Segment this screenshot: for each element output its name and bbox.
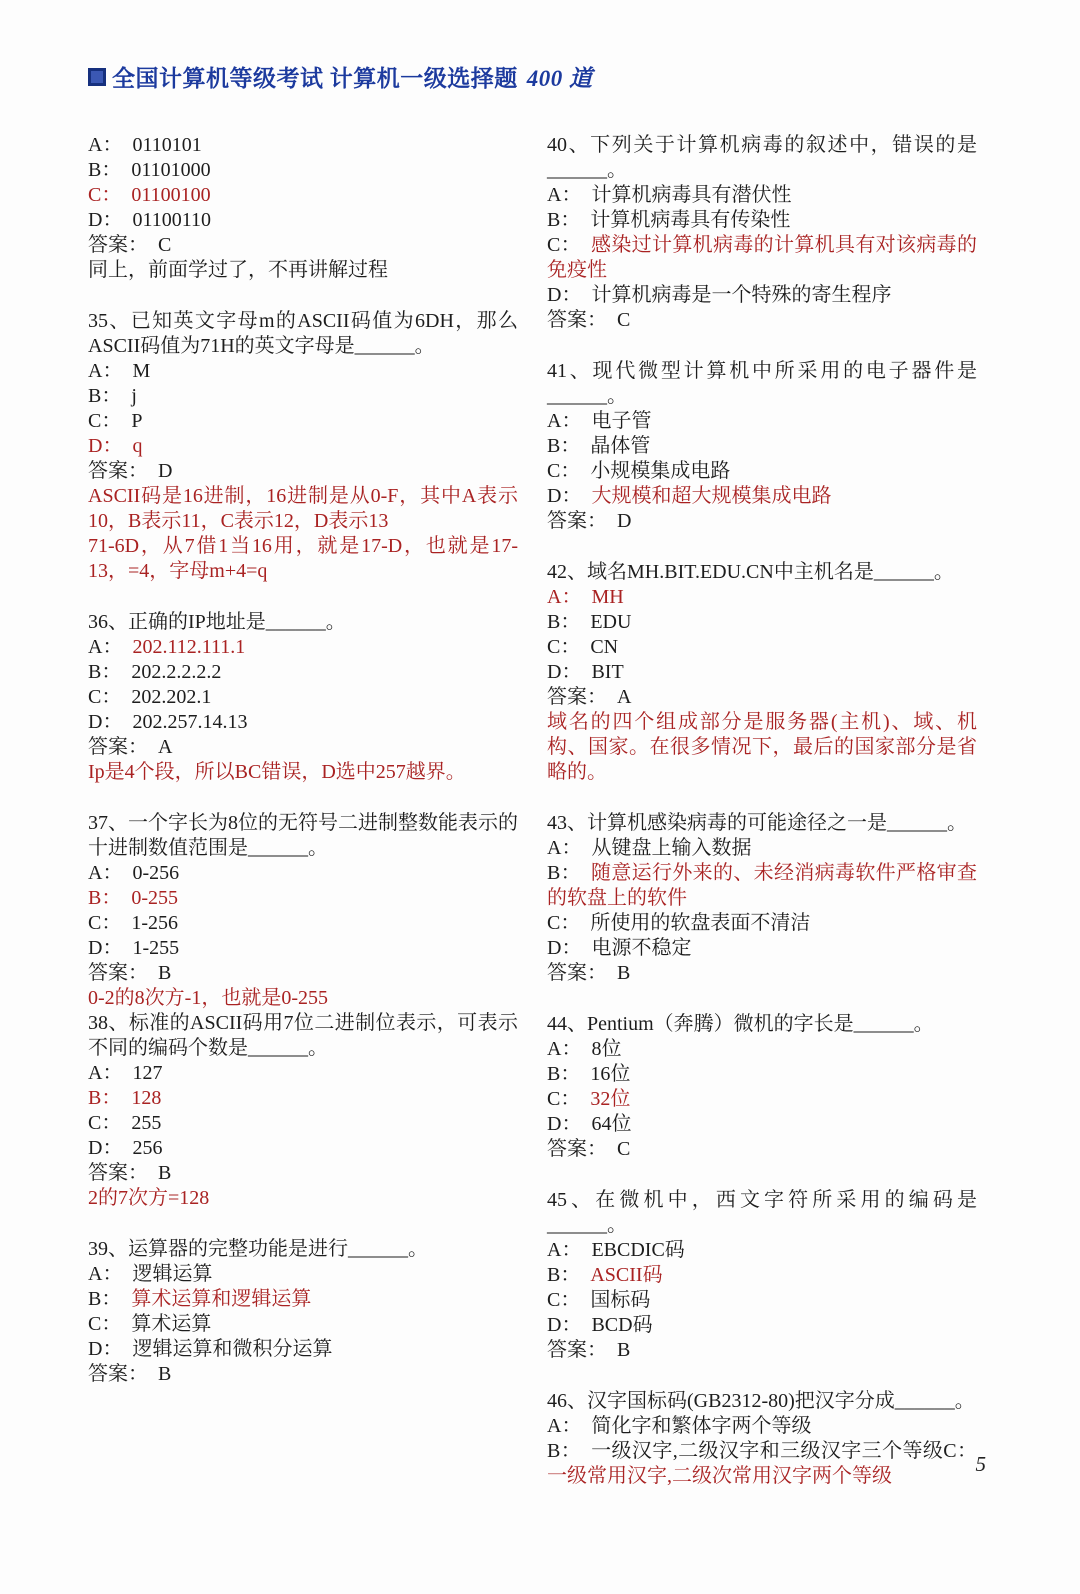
text-segment: 0-255 bbox=[131, 887, 178, 909]
spacer bbox=[547, 534, 977, 560]
text-segment: ASCII码 bbox=[590, 1264, 662, 1286]
question-text: 38、标准的ASCII码用7位二进制位表示，可表示不同的编码个数是______。 bbox=[88, 1011, 518, 1061]
answer-line: 答案：B bbox=[547, 961, 977, 986]
text-segment: 71-6D，从7借1当16用，就是17-D，也就是17-13，=4，字母m+4=… bbox=[88, 535, 518, 582]
option-line: C：01100100 bbox=[88, 183, 518, 208]
text-segment: 202.112.111.1 bbox=[132, 636, 245, 658]
explanation-text: ASCII码是16进制，16进制是从0-F，其中A表示10，B表示11，C表示1… bbox=[88, 484, 518, 534]
text-segment: M bbox=[132, 360, 150, 382]
text-segment: 一级常用汉字,二级次常用汉字两个等级 bbox=[547, 1465, 892, 1487]
option-label: 答案： bbox=[547, 510, 607, 532]
option-label: A： bbox=[88, 862, 122, 884]
option-label: D： bbox=[88, 1338, 122, 1360]
option-line: B：128 bbox=[88, 1086, 518, 1111]
text-segment: 1-256 bbox=[131, 912, 178, 934]
text-segment: 127 bbox=[132, 1062, 162, 1084]
explanation-text: 域名的四个组成部分是服务器(主机)、域、机构、国家。在很多情况下，最后的国家部分… bbox=[547, 710, 977, 785]
option-label: 答案： bbox=[88, 234, 148, 256]
answer-line: 答案：B bbox=[88, 1362, 518, 1387]
text-segment: 计算机病毒具有传染性 bbox=[590, 209, 790, 231]
question-text: 42、域名MH.BIT.EDU.CN中主机名是______。 bbox=[547, 560, 977, 585]
text-segment: j bbox=[131, 385, 137, 407]
option-label: 答案： bbox=[88, 736, 148, 758]
text-segment: 逻辑运算 bbox=[132, 1263, 212, 1285]
answer-line: 答案：C bbox=[547, 308, 977, 333]
option-line: A：202.112.111.1 bbox=[88, 635, 518, 660]
option-line: B：EDU bbox=[547, 610, 977, 635]
spacer bbox=[88, 283, 518, 309]
answer-line: 答案：A bbox=[547, 685, 977, 710]
text-segment: BIT bbox=[591, 661, 623, 683]
text-segment: 42、域名MH.BIT.EDU.CN中主机名是______。 bbox=[547, 561, 954, 583]
answer-line: 答案：B bbox=[88, 961, 518, 986]
right-column: 40、下列关于计算机病毒的叙述中，错误的是______。A：计算机病毒具有潜伏性… bbox=[547, 133, 977, 1489]
option-label: B： bbox=[547, 1264, 580, 1286]
question-text: 36、正确的IP地址是______。 bbox=[88, 610, 518, 635]
option-line: B：ASCII码 bbox=[547, 1263, 977, 1288]
text-segment: 国标码 bbox=[590, 1289, 650, 1311]
text-segment: 算术运算 bbox=[131, 1313, 211, 1335]
option-label: D： bbox=[88, 711, 122, 733]
option-label: B： bbox=[88, 159, 121, 181]
option-label: C： bbox=[547, 1088, 580, 1110]
text-segment: 感染过计算机病毒的计算机具有对该病毒的免疫性 bbox=[547, 234, 977, 281]
text-segment: 8位 bbox=[591, 1038, 621, 1060]
text-segment: 64位 bbox=[591, 1113, 631, 1135]
text-segment: C bbox=[617, 309, 630, 331]
text-segment: 01100100 bbox=[131, 184, 210, 206]
explanation-text: Ip是4个段，所以BC错误，D选中257越界。 bbox=[88, 760, 518, 785]
option-label: A： bbox=[547, 1038, 581, 1060]
text-segment: B bbox=[158, 1363, 171, 1385]
text-segment: 2的7次方=128 bbox=[88, 1187, 209, 1209]
option-line: A：EBCDIC码 bbox=[547, 1238, 977, 1263]
option-line: D：BCD码 bbox=[547, 1313, 977, 1338]
option-label: A： bbox=[88, 134, 122, 156]
option-label: A： bbox=[88, 360, 122, 382]
option-line: A：MH bbox=[547, 585, 977, 610]
text-segment: B bbox=[617, 1339, 630, 1361]
question-text: 46、汉字国标码(GB2312-80)把汉字分成______。 bbox=[547, 1389, 977, 1414]
option-line: A：8位 bbox=[547, 1037, 977, 1062]
text-segment: ASCII码是16进制，16进制是从0-F，其中A表示10，B表示11，C表示1… bbox=[88, 485, 518, 532]
explanation-text: 0-2的8次方-1，也就是0-255 bbox=[88, 986, 518, 1011]
option-line: C：感染过计算机病毒的计算机具有对该病毒的免疫性 bbox=[547, 233, 977, 283]
option-line: C：P bbox=[88, 409, 518, 434]
text-segment: 41、现代微型计算机中所采用的电子器件是______。 bbox=[547, 360, 977, 407]
option-line: C：202.202.1 bbox=[88, 685, 518, 710]
text-segment: 0-2的8次方-1，也就是0-255 bbox=[88, 987, 328, 1009]
text-segment: 电源不稳定 bbox=[591, 937, 691, 959]
option-label: A： bbox=[547, 184, 581, 206]
text-segment: 38、标准的ASCII码用7位二进制位表示，可表示不同的编码个数是______。 bbox=[88, 1012, 518, 1059]
text-segment: 大规模和超大规模集成电路 bbox=[591, 485, 831, 507]
option-line: B：j bbox=[88, 384, 518, 409]
option-line: C：小规模集成电路 bbox=[547, 459, 977, 484]
blue-square-icon bbox=[88, 68, 106, 86]
option-label: C： bbox=[88, 184, 121, 206]
text-segment: q bbox=[132, 435, 142, 457]
text-segment: 35、已知英文字母m的ASCII码值为6DH，那么ASCII码值为71H的英文字… bbox=[88, 310, 518, 357]
text-segment: B bbox=[617, 962, 630, 984]
option-label: B： bbox=[88, 887, 121, 909]
answer-line: 答案：B bbox=[88, 1161, 518, 1186]
text-segment: P bbox=[131, 410, 142, 432]
spacer bbox=[88, 785, 518, 811]
option-line: D：202.257.14.13 bbox=[88, 710, 518, 735]
option-line: A：计算机病毒具有潜伏性 bbox=[547, 183, 977, 208]
option-label: B： bbox=[547, 1063, 580, 1085]
option-label: C： bbox=[547, 460, 580, 482]
option-line: D：逻辑运算和微积分运算 bbox=[88, 1337, 518, 1362]
answer-line: 答案：D bbox=[88, 459, 518, 484]
text-segment: 40、下列关于计算机病毒的叙述中，错误的是______。 bbox=[547, 134, 977, 181]
option-label: B： bbox=[88, 1288, 121, 1310]
left-column: A：0110101B：01101000C：01100100D：01100110答… bbox=[88, 133, 518, 1387]
option-label: 答案： bbox=[547, 309, 607, 331]
text-segment: C bbox=[158, 234, 171, 256]
option-line: B：算术运算和逻辑运算 bbox=[88, 1287, 518, 1312]
text-segment: EDU bbox=[590, 611, 631, 633]
text-segment: 202.257.14.13 bbox=[132, 711, 247, 733]
option-label: D： bbox=[547, 661, 581, 683]
text-segment: 43、计算机感染病毒的可能途径之一是______。 bbox=[547, 812, 967, 834]
text-segment: 晶体管 bbox=[590, 435, 650, 457]
option-label: D： bbox=[88, 435, 122, 457]
option-label: C： bbox=[88, 1313, 121, 1335]
text-segment: 01100110 bbox=[132, 209, 211, 231]
text-segment: 一级汉字,二级汉字和三级汉字三个等级C： bbox=[591, 1440, 977, 1462]
option-label: 答案： bbox=[547, 1138, 607, 1160]
text-segment: A bbox=[158, 736, 172, 758]
document-header: 全国计算机等级考试 计算机一级选择题 400 道 bbox=[88, 60, 593, 93]
text-segment: 256 bbox=[132, 1137, 162, 1159]
option-line: C：1-256 bbox=[88, 911, 518, 936]
document-page: { "colors": { "accent_blue": "#1c3a9e", … bbox=[0, 0, 1080, 1594]
text-segment: B bbox=[158, 1162, 171, 1184]
option-label: 答案： bbox=[88, 1162, 148, 1184]
option-label: A： bbox=[547, 1239, 581, 1261]
text-segment: 44、Pentium（奔腾）微机的字长是______。 bbox=[547, 1013, 934, 1035]
option-label: 答案： bbox=[547, 962, 607, 984]
document-title-count: 400 道 bbox=[527, 60, 593, 93]
text-segment: D bbox=[158, 460, 172, 482]
option-label: D： bbox=[88, 937, 122, 959]
option-label: 答案： bbox=[547, 686, 607, 708]
text-segment: A bbox=[617, 686, 631, 708]
spacer bbox=[547, 1363, 977, 1389]
option-line: C：32位 bbox=[547, 1087, 977, 1112]
text-segment: D bbox=[617, 510, 631, 532]
text-segment: 45、在微机中，西文字符所采用的编码是______。 bbox=[547, 1189, 977, 1236]
question-text: 43、计算机感染病毒的可能途径之一是______。 bbox=[547, 811, 977, 836]
text-segment: 小规模集成电路 bbox=[590, 460, 730, 482]
option-label: B： bbox=[88, 385, 121, 407]
option-line: B：一级汉字,二级汉字和三级汉字三个等级C：一级常用汉字,二级次常用汉字两个等级 bbox=[547, 1439, 977, 1489]
option-line: D：q bbox=[88, 434, 518, 459]
option-label: C： bbox=[88, 410, 121, 432]
text-segment: 域名的四个组成部分是服务器(主机)、域、机构、国家。在很多情况下，最后的国家部分… bbox=[547, 711, 977, 783]
option-label: C： bbox=[88, 1112, 121, 1134]
option-line: C：国标码 bbox=[547, 1288, 977, 1313]
option-line: B：计算机病毒具有传染性 bbox=[547, 208, 977, 233]
option-line: D：01100110 bbox=[88, 208, 518, 233]
text-segment: 逻辑运算和微积分运算 bbox=[132, 1338, 332, 1360]
option-label: D： bbox=[547, 485, 581, 507]
option-label: 答案： bbox=[88, 962, 148, 984]
explanation-text: 71-6D，从7借1当16用，就是17-D，也就是17-13，=4，字母m+4=… bbox=[88, 534, 518, 584]
option-label: C： bbox=[547, 912, 580, 934]
option-line: B：晶体管 bbox=[547, 434, 977, 459]
text-segment: 32位 bbox=[590, 1088, 630, 1110]
option-label: A： bbox=[547, 410, 581, 432]
option-label: D： bbox=[547, 937, 581, 959]
option-line: C：所使用的软盘表面不清洁 bbox=[547, 911, 977, 936]
question-text: 35、已知英文字母m的ASCII码值为6DH，那么ASCII码值为71H的英文字… bbox=[88, 309, 518, 359]
option-line: A：电子管 bbox=[547, 409, 977, 434]
text-segment: 所使用的软盘表面不清洁 bbox=[590, 912, 810, 934]
option-label: A： bbox=[88, 1263, 122, 1285]
option-line: A：127 bbox=[88, 1061, 518, 1086]
text-segment: 计算机病毒具有潜伏性 bbox=[591, 184, 791, 206]
text-segment: EBCDIC码 bbox=[591, 1239, 684, 1261]
note-text: 同上，前面学过了，不再讲解过程 bbox=[88, 258, 518, 283]
text-segment: C bbox=[617, 1138, 630, 1160]
question-text: 41、现代微型计算机中所采用的电子器件是______。 bbox=[547, 359, 977, 409]
option-line: B：202.2.2.2.2 bbox=[88, 660, 518, 685]
text-segment: 46、汉字国标码(GB2312-80)把汉字分成______。 bbox=[547, 1390, 975, 1412]
option-label: A： bbox=[547, 837, 581, 859]
option-label: D： bbox=[547, 1314, 581, 1336]
spacer bbox=[88, 1211, 518, 1237]
text-segment: 同上，前面学过了，不再讲解过程 bbox=[88, 259, 388, 281]
spacer bbox=[547, 785, 977, 811]
option-label: A： bbox=[88, 1062, 122, 1084]
option-line: C：CN bbox=[547, 635, 977, 660]
option-line: B：01101000 bbox=[88, 158, 518, 183]
text-segment: 0-256 bbox=[132, 862, 179, 884]
text-segment: CN bbox=[590, 636, 618, 658]
option-line: A：M bbox=[88, 359, 518, 384]
option-label: B： bbox=[88, 661, 121, 683]
text-segment: 电子管 bbox=[591, 410, 651, 432]
option-label: B： bbox=[547, 435, 580, 457]
spacer bbox=[547, 1162, 977, 1188]
text-segment: BCD码 bbox=[591, 1314, 652, 1336]
option-label: C： bbox=[547, 636, 580, 658]
option-line: B：0-255 bbox=[88, 886, 518, 911]
option-label: C： bbox=[547, 1289, 580, 1311]
option-line: C：算术运算 bbox=[88, 1312, 518, 1337]
option-line: D：1-255 bbox=[88, 936, 518, 961]
option-label: D： bbox=[88, 209, 122, 231]
option-label: B： bbox=[547, 1440, 581, 1462]
option-line: B：16位 bbox=[547, 1062, 977, 1087]
text-segment: 36、正确的IP地址是______。 bbox=[88, 611, 346, 633]
option-line: D：BIT bbox=[547, 660, 977, 685]
option-line: A：简化字和繁体字两个等级 bbox=[547, 1414, 977, 1439]
question-text: 45、在微机中，西文字符所采用的编码是______。 bbox=[547, 1188, 977, 1238]
text-segment: 128 bbox=[131, 1087, 161, 1109]
option-line: D：大规模和超大规模集成电路 bbox=[547, 484, 977, 509]
option-line: D：64位 bbox=[547, 1112, 977, 1137]
option-label: 答案： bbox=[88, 1363, 148, 1385]
option-label: 答案： bbox=[547, 1339, 607, 1361]
answer-line: 答案：A bbox=[88, 735, 518, 760]
spacer bbox=[547, 333, 977, 359]
option-label: C： bbox=[88, 686, 121, 708]
option-line: C：255 bbox=[88, 1111, 518, 1136]
page-number: 5 bbox=[976, 1452, 987, 1477]
document-title: 全国计算机等级考试 计算机一级选择题 bbox=[112, 60, 518, 93]
text-segment: 01101000 bbox=[131, 159, 210, 181]
option-label: A： bbox=[88, 636, 122, 658]
text-segment: 202.2.2.2.2 bbox=[131, 661, 221, 683]
option-label: B： bbox=[547, 611, 580, 633]
option-line: D：计算机病毒是一个特殊的寄生程序 bbox=[547, 283, 977, 308]
text-segment: 1-255 bbox=[132, 937, 179, 959]
explanation-text: 2的7次方=128 bbox=[88, 1186, 518, 1211]
question-text: 39、运算器的完整功能是进行______。 bbox=[88, 1237, 518, 1262]
option-label: B： bbox=[88, 1087, 121, 1109]
question-text: 40、下列关于计算机病毒的叙述中，错误的是______。 bbox=[547, 133, 977, 183]
option-line: D：256 bbox=[88, 1136, 518, 1161]
text-segment: 39、运算器的完整功能是进行______。 bbox=[88, 1238, 428, 1260]
text-segment: MH bbox=[591, 586, 623, 608]
option-label: D： bbox=[547, 284, 581, 306]
text-segment: 202.202.1 bbox=[131, 686, 211, 708]
option-label: C： bbox=[88, 912, 121, 934]
text-segment: 255 bbox=[131, 1112, 161, 1134]
option-line: A：0-256 bbox=[88, 861, 518, 886]
option-line: D：电源不稳定 bbox=[547, 936, 977, 961]
text-segment: 16位 bbox=[590, 1063, 630, 1085]
spacer bbox=[88, 584, 518, 610]
text-segment: 计算机病毒是一个特殊的寄生程序 bbox=[591, 284, 891, 306]
text-segment: B bbox=[158, 962, 171, 984]
question-text: 44、Pentium（奔腾）微机的字长是______。 bbox=[547, 1012, 977, 1037]
option-label: B： bbox=[547, 862, 581, 884]
option-label: D： bbox=[547, 1113, 581, 1135]
text-segment: 0110101 bbox=[132, 134, 201, 156]
option-line: A：0110101 bbox=[88, 133, 518, 158]
text-segment: Ip是4个段，所以BC错误，D选中257越界。 bbox=[88, 761, 466, 783]
answer-line: 答案：B bbox=[547, 1338, 977, 1363]
text-segment: 算术运算和逻辑运算 bbox=[131, 1288, 311, 1310]
option-label: B： bbox=[547, 209, 580, 231]
text-segment: 简化字和繁体字两个等级 bbox=[591, 1415, 811, 1437]
text-segment: 从键盘上输入数据 bbox=[591, 837, 751, 859]
text-segment: 37、一个字长为8位的无符号二进制整数能表示的十进制数值范围是______。 bbox=[88, 812, 518, 859]
text-segment: 随意运行外来的、未经消病毒软件严格审查的软盘上的软件 bbox=[547, 862, 977, 909]
answer-line: 答案：D bbox=[547, 509, 977, 534]
option-label: D： bbox=[88, 1137, 122, 1159]
answer-line: 答案：C bbox=[547, 1137, 977, 1162]
option-line: A：逻辑运算 bbox=[88, 1262, 518, 1287]
answer-line: 答案：C bbox=[88, 233, 518, 258]
question-text: 37、一个字长为8位的无符号二进制整数能表示的十进制数值范围是______。 bbox=[88, 811, 518, 861]
option-label: C： bbox=[547, 234, 581, 256]
option-line: B：随意运行外来的、未经消病毒软件严格审查的软盘上的软件 bbox=[547, 861, 977, 911]
option-label: 答案： bbox=[88, 460, 148, 482]
option-line: A：从键盘上输入数据 bbox=[547, 836, 977, 861]
option-label: A： bbox=[547, 586, 581, 608]
spacer bbox=[547, 986, 977, 1012]
option-label: A： bbox=[547, 1415, 581, 1437]
